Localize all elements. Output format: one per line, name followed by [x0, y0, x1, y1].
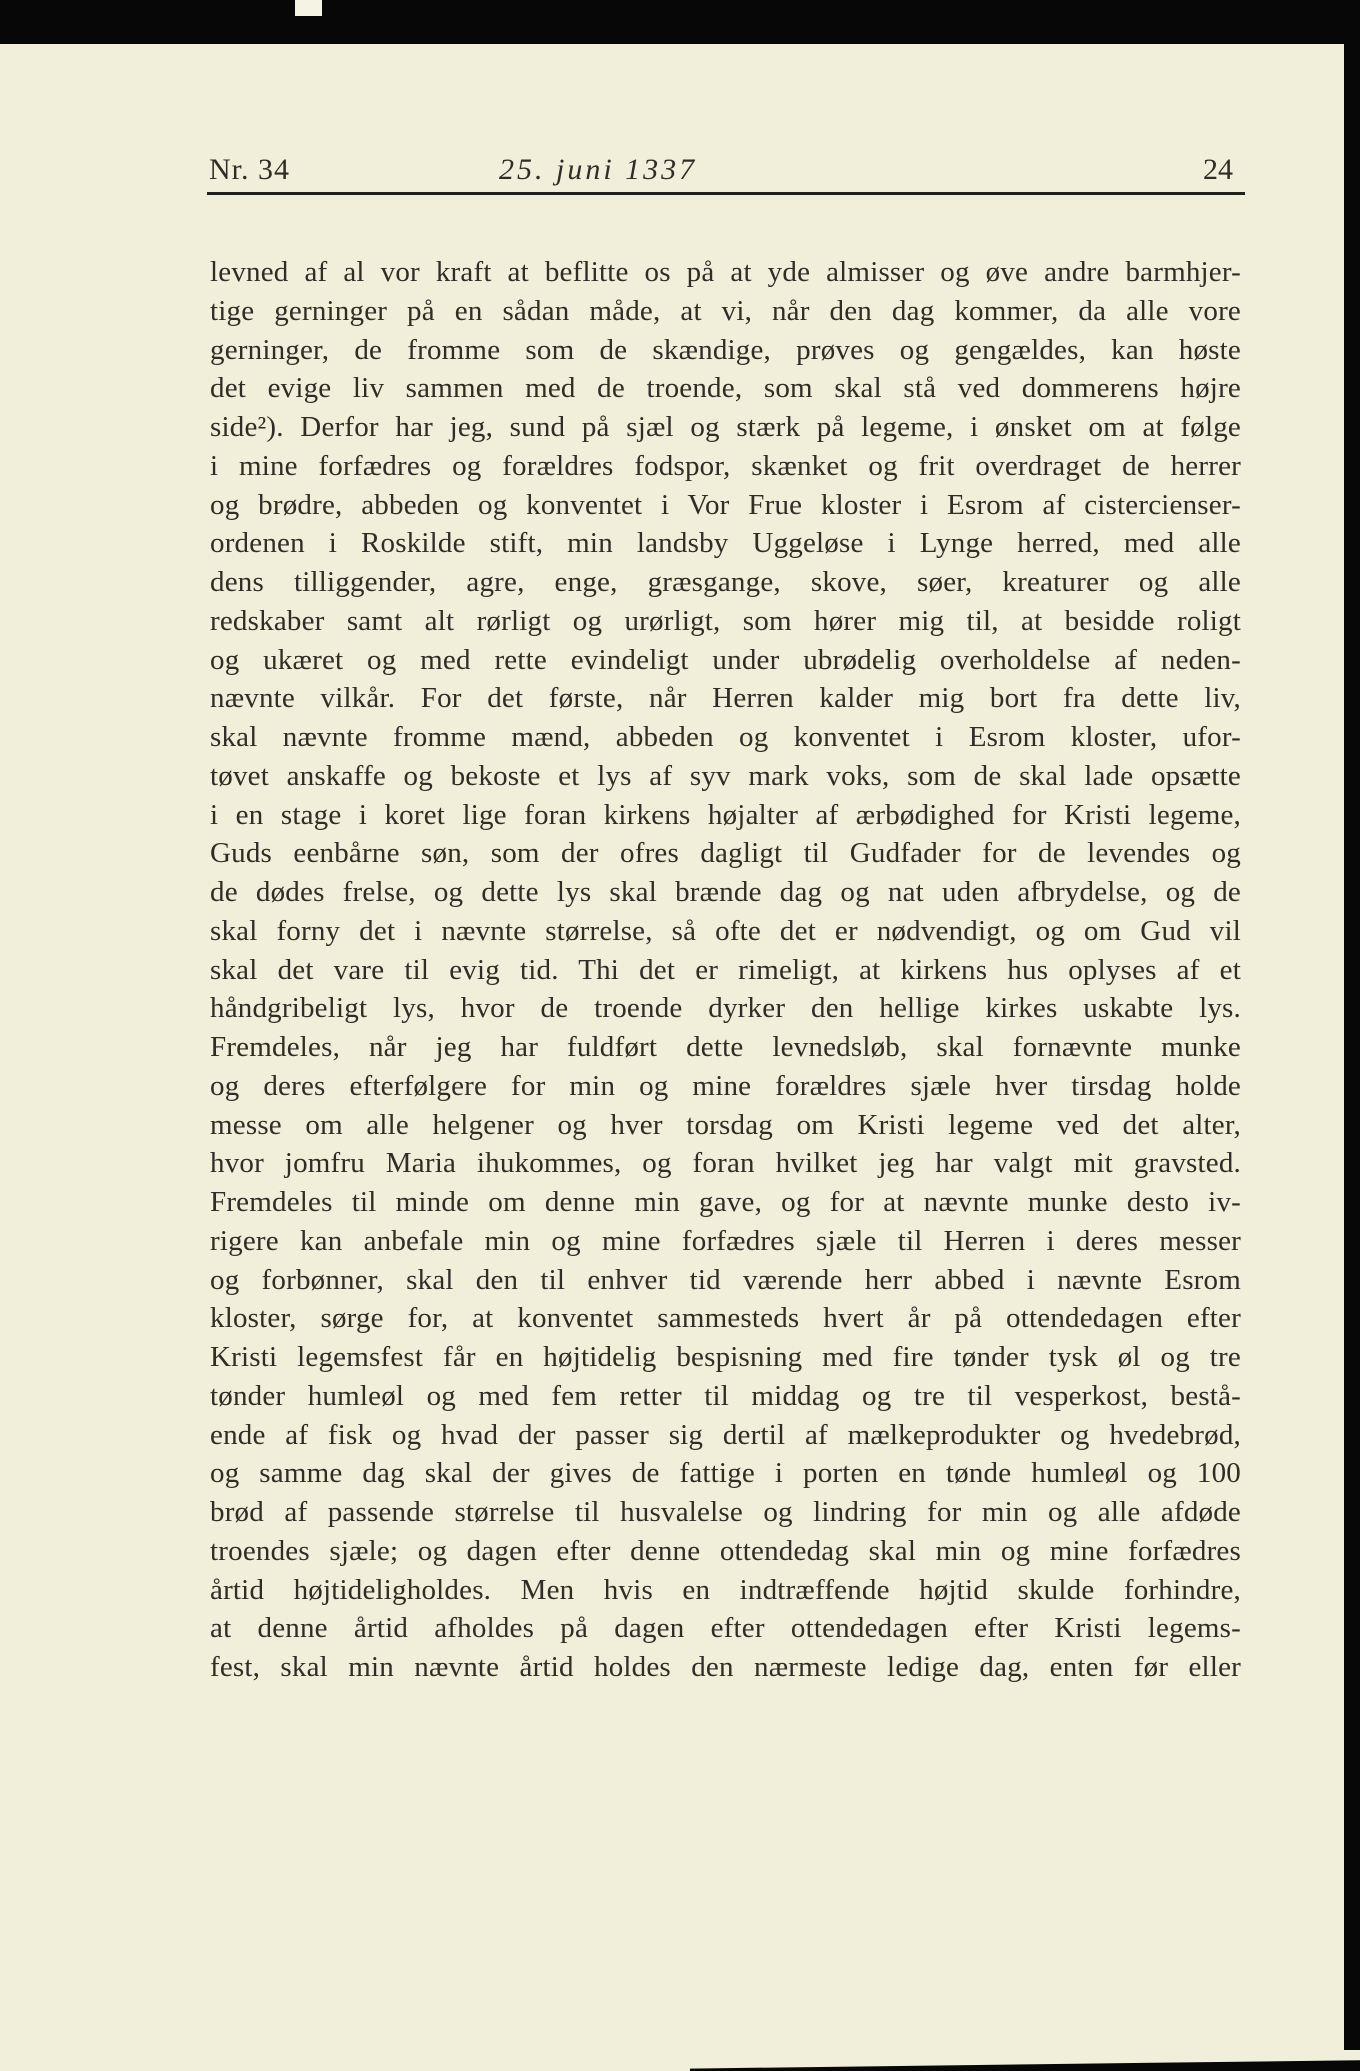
scan-top-border	[0, 0, 1360, 44]
text-line: skal forny det i nævnte størrelse, så of…	[210, 912, 1241, 951]
text-line: i en stage i koret lige foran kirkens hø…	[210, 796, 1241, 835]
text-line: dens tilliggender, agre, enge, græsgange…	[210, 563, 1241, 602]
text-line: Kristi legemsfest får en højtidelig besp…	[210, 1338, 1241, 1377]
text-line: tøvet anskaffe og bekoste et lys af syv …	[210, 757, 1241, 796]
text-line: rigere kan anbefale min og mine forfædre…	[210, 1222, 1241, 1261]
text-line: at denne årtid afholdes på dagen efter o…	[210, 1609, 1241, 1648]
text-line: tige gerninger på en sådan måde, at vi, …	[210, 292, 1241, 331]
text-line: skal nævnte fromme mænd, abbeden og konv…	[210, 718, 1241, 757]
text-line: og brødre, abbeden og konventet i Vor Fr…	[210, 486, 1241, 525]
text-line: gerninger, de fromme som de skændige, pr…	[210, 331, 1241, 370]
text-line: ordenen i Roskilde stift, min landsby Ug…	[210, 524, 1241, 563]
text-line: de dødes frelse, og dette lys skal brænd…	[210, 873, 1241, 912]
scanned-book-page: Nr. 34 25. juni 1337 24 levned af al vor…	[0, 0, 1360, 2071]
text-line: hvor jomfru Maria ihukommes, og foran hv…	[210, 1144, 1241, 1183]
text-line: og ukæret og med rette evindeligt under …	[210, 641, 1241, 680]
page-number: 24	[1203, 153, 1233, 187]
text-line: nævnte vilkår. For det første, når Herre…	[210, 679, 1241, 718]
text-line: side²). Derfor har jeg, sund på sjæl og …	[210, 408, 1241, 447]
body-text: levned af al vor kraft at beflitte os på…	[210, 253, 1241, 1687]
scan-artifact-notch	[295, 0, 322, 16]
text-line: kloster, sørge for, at konventet sammest…	[210, 1299, 1241, 1338]
text-line: levned af al vor kraft at beflitte os på…	[210, 253, 1241, 292]
text-line: det evige liv sammen med de troende, som…	[210, 369, 1241, 408]
text-line: håndgribeligt lys, hvor de troende dyrke…	[210, 989, 1241, 1028]
text-line: årtid højtideligholdes. Men hvis en indt…	[210, 1571, 1241, 1610]
text-line: Fremdeles til minde om denne min gave, o…	[210, 1183, 1241, 1222]
text-line: og forbønner, skal den til enhver tid væ…	[210, 1261, 1241, 1300]
text-line: Fremdeles, når jeg har fuldført dette le…	[210, 1028, 1241, 1067]
text-line: brød af passende størrelse til husvalels…	[210, 1493, 1241, 1532]
text-line: fest, skal min nævnte årtid holdes den n…	[210, 1648, 1241, 1687]
text-line: og deres efterfølgere for min og mine fo…	[210, 1067, 1241, 1106]
text-line: troendes sjæle; og dagen efter denne ott…	[210, 1532, 1241, 1571]
document-number: Nr. 34	[209, 153, 290, 187]
scan-bottom-border	[690, 2059, 1360, 2071]
text-line: redskaber samt alt rørligt og urørligt, …	[210, 602, 1241, 641]
text-line: skal det vare til evig tid. Thi det er r…	[210, 951, 1241, 990]
text-line: i mine forfædres og forældres fodspor, s…	[210, 447, 1241, 486]
text-line: messe om alle helgener og hver torsdag o…	[210, 1106, 1241, 1145]
scan-right-border	[1344, 0, 1360, 2050]
text-line: ende af fisk og hvad der passer sig dert…	[210, 1416, 1241, 1455]
text-line: Guds eenbårne søn, som der ofres dagligt…	[210, 834, 1241, 873]
text-line: tønder humleøl og med fem retter til mid…	[210, 1377, 1241, 1416]
text-line: og samme dag skal der gives de fattige i…	[210, 1454, 1241, 1493]
document-date: 25. juni 1337	[499, 153, 697, 187]
page-header: Nr. 34 25. juni 1337 24	[207, 148, 1245, 195]
